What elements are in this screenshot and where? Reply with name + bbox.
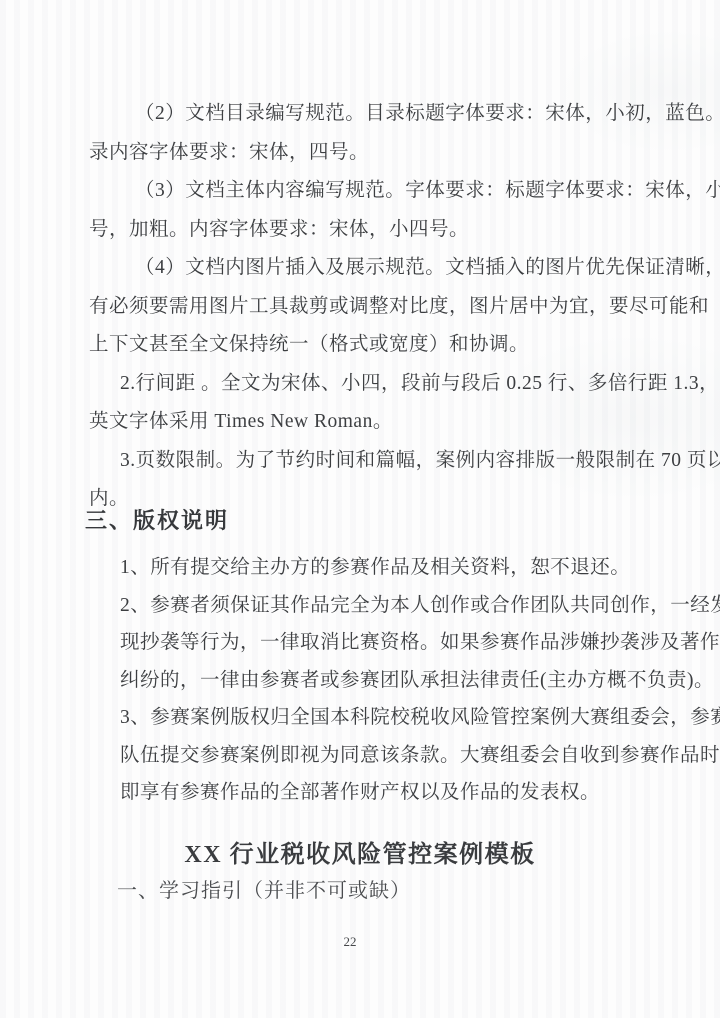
text-line: 3.页数限制。为了节约时间和篇幅，案例内容排版一般限制在 70 页以 <box>89 442 663 481</box>
text-line: 2、参赛者须保证其作品完全为本人创作或合作团队共同创作，一经发 <box>120 587 654 625</box>
document-page: （2）文档目录编写规范。目录标题字体要求：宋体，小初，蓝色。目 录内容字体要求：… <box>0 0 720 1018</box>
text-line: （3）文档主体内容编写规范。字体要求：标题字体要求：宋体，小三 <box>89 172 663 211</box>
text-line: 录内容字体要求：宋体，四号。 <box>89 134 663 173</box>
text-line: 号，加粗。内容字体要求：宋体，小四号。 <box>89 211 663 250</box>
text-line: 纠纷的，一律由参赛者或参赛团队承担法律责任(主办方概不负责)。 <box>120 662 654 700</box>
page-number: 22 <box>0 934 700 950</box>
text-line: 即享有参赛作品的全部著作财产权以及作品的发表权。 <box>120 774 654 812</box>
text-line: （4）文档内图片插入及展示规范。文档插入的图片优先保证清晰，如 <box>89 249 663 288</box>
copyright-section: 1、所有提交给主办方的参赛作品及相关资料，恕不退还。 2、参赛者须保证其作品完全… <box>120 549 654 812</box>
text-line: 2.行间距 。全文为宋体、小四，段前与段后 0.25 行、多倍行距 1.3， <box>89 365 663 404</box>
template-section-subheading: 一、学习指引（并非不可或缺） <box>117 877 411 905</box>
text-line: 1、所有提交给主办方的参赛作品及相关资料，恕不退还。 <box>120 549 654 587</box>
text-line: 队伍提交参赛案例即视为同意该条款。大赛组委会自收到参赛作品时起 <box>120 737 654 775</box>
text-line: （2）文档目录编写规范。目录标题字体要求：宋体，小初，蓝色。目 <box>89 95 663 134</box>
text-line: 现抄袭等行为，一律取消比赛资格。如果参赛作品涉嫌抄袭涉及著作权 <box>120 624 654 662</box>
text-line: 3、参赛案例版权归全国本科院校税收风险管控案例大赛组委会，参赛 <box>120 699 654 737</box>
text-line: 有必须要需用图片工具裁剪或调整对比度，图片居中为宜，要尽可能和 <box>89 288 663 327</box>
text-line: 英文字体采用 Times New Roman。 <box>89 403 663 442</box>
format-rules-section: （2）文档目录编写规范。目录标题字体要求：宋体，小初，蓝色。目 录内容字体要求：… <box>89 95 663 519</box>
text-line: 上下文甚至全文保持统一（格式或宽度）和协调。 <box>89 326 663 365</box>
copyright-section-heading: 三、版权说明 <box>85 506 229 536</box>
template-section-title: XX 行业税收风险管控案例模板 <box>0 839 720 871</box>
